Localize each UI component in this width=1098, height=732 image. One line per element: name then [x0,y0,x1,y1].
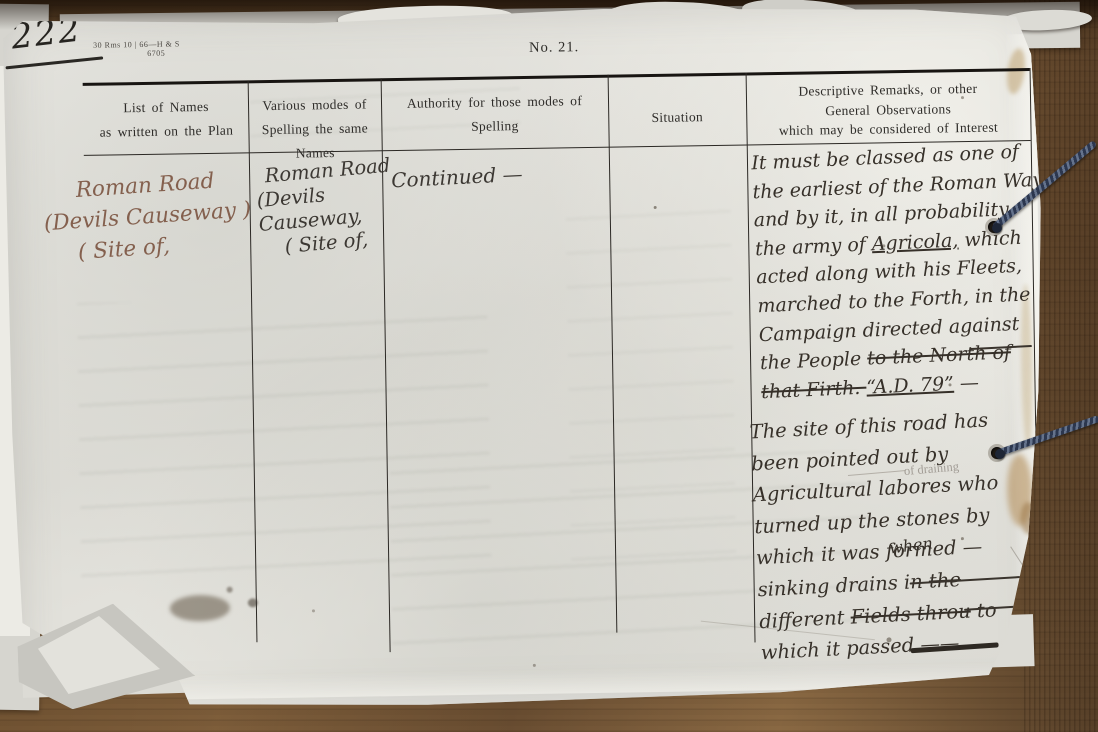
entry-names-on-plan: Roman Road (Devils Causeway ) ( Site of, [41,162,267,270]
header-line: as written on the Plan [70,118,262,145]
header-line: Authority for those modes of [381,89,608,117]
handwritten-segment: Agricola, [871,229,958,255]
bleed-through-ghost-text [566,203,737,576]
handwritten-segment: the army of [755,233,873,260]
handwritten-segment: the People [760,348,868,375]
cord-knot [995,449,1005,459]
sheet-number-label: No. 21. [489,38,619,57]
handwritten-segment: to [970,598,997,622]
header-list-of-names: List of Names as written on the Plan [70,94,263,145]
header-authority: Authority for those modes of Spelling [381,89,609,141]
header-line: Spelling [381,113,608,141]
handwritten-segment: Fields throu [850,599,971,628]
header-situation: Situation [608,105,746,131]
handwritten-segment: — [953,371,979,394]
ink-smudge-stain [170,595,230,622]
printer-code-number: 6705 [147,49,165,58]
header-line: List of Names [70,94,262,121]
handwritten-segment: “A.D. 79” [866,373,954,399]
name-book-page: 222 30 Rms 10 | 66—H & S 6705 No. 21. Li… [3,0,1050,714]
foxing-specks [654,206,657,209]
handwritten-segment: different [759,605,852,633]
page-number-underline [5,56,103,69]
printer-code: 30 Rms 10 | 66—H & S [93,39,180,49]
handwritten-segment: The site of this road has [749,408,989,443]
cord-knot [992,223,1002,233]
header-line: Various modes of [248,92,381,118]
entry-remarks-paragraph-1: It must be classed as one ofthe earliest… [751,140,1052,410]
ink-spot [227,587,233,593]
entry-spelling-modes: Roman Road (Devils Causeway, ( Site of, [254,153,402,261]
handwritten-segment: that Firth. [761,376,867,403]
entry-authority: Continued — [391,162,523,193]
header-line: which may be considered of Interest [746,117,1030,141]
header-descriptive-remarks: Descriptive Remarks, or other General Ob… [746,78,1031,141]
handwritten-segment: It must be classed as one of [751,141,1020,175]
